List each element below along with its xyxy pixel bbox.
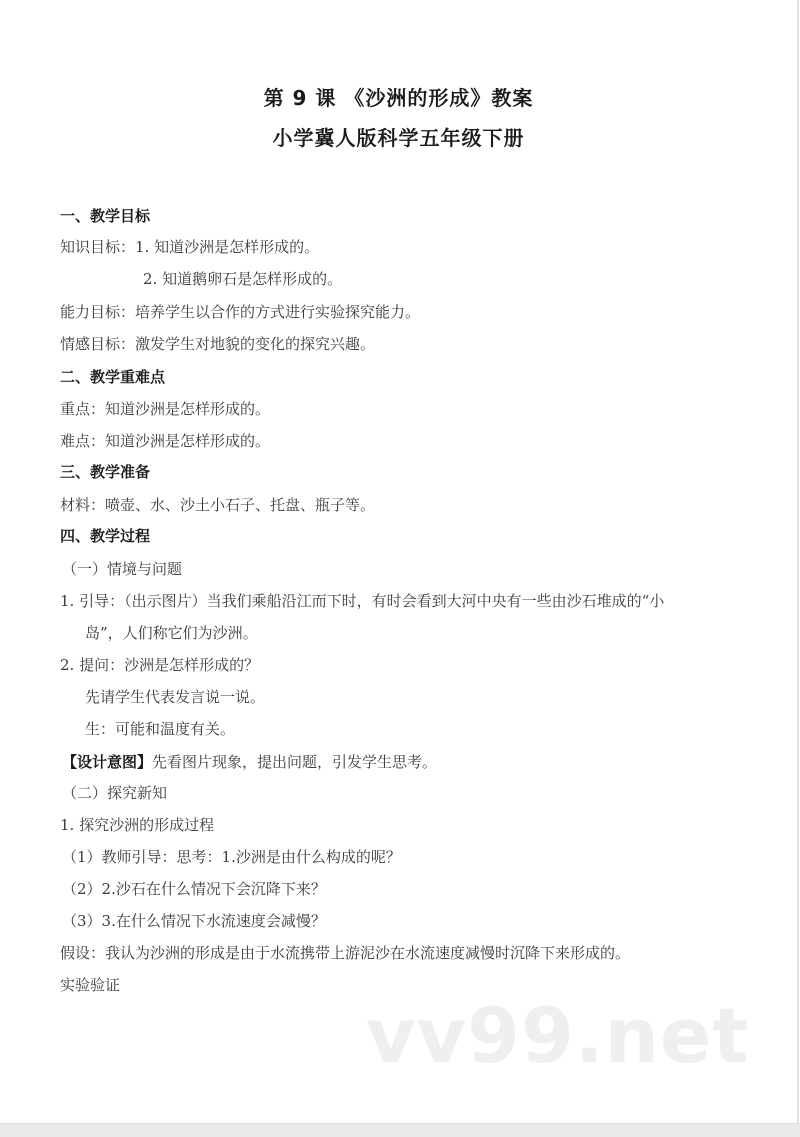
question-2: （2）2.沙石在什么情况下会沉降下来？ bbox=[62, 879, 326, 899]
emotion-goal: 情感目标：激发学生对地貌的变化的探究兴趣。 bbox=[60, 334, 375, 354]
process-item-2: 2. 提问：沙洲是怎样形成的？ bbox=[60, 655, 259, 675]
question-1: （1）教师引导：思考：1.沙洲是由什么构成的呢？ bbox=[62, 847, 401, 867]
process-item-2-sub1: 先请学生代表发言说一说。 bbox=[85, 687, 265, 707]
part2-title: （二）探究新知 bbox=[62, 783, 167, 803]
design-intent-label: 【设计意图】 bbox=[62, 753, 152, 771]
part1-title: （一）情境与问题 bbox=[62, 559, 182, 579]
knowledge-goal-1: 知识目标：1. 知道沙洲是怎样形成的。 bbox=[60, 237, 319, 257]
design-intent-text: 先看图片现象，提出问题，引发学生思考。 bbox=[152, 753, 437, 771]
page-bottom-edge bbox=[0, 1123, 800, 1137]
process-item-1-line2: 岛”，人们称它们为沙洲。 bbox=[85, 623, 258, 643]
process-item-2-sub2: 生：可能和温度有关。 bbox=[85, 719, 235, 739]
materials: 材料：喷壶、水、沙土小石子、托盘、瓶子等。 bbox=[60, 495, 375, 515]
design-intent: 【设计意图】先看图片现象，提出问题，引发学生思考。 bbox=[62, 752, 437, 772]
explore-title: 1. 探究沙洲的形成过程 bbox=[60, 815, 214, 835]
section-heading-preparation: 三、教学准备 bbox=[60, 462, 150, 482]
section-heading-process: 四、教学过程 bbox=[60, 526, 150, 546]
ability-goal: 能力目标：培养学生以合作的方式进行实验探究能力。 bbox=[60, 302, 420, 322]
document-title: 第 9 课 《沙洲的形成》教案 bbox=[0, 82, 797, 111]
watermark: vv99.net bbox=[366, 996, 750, 1076]
knowledge-goal-label: 知识目标： bbox=[60, 238, 135, 256]
section-heading-goals: 一、教学目标 bbox=[60, 206, 150, 226]
section-heading-key-points: 二、教学重难点 bbox=[60, 367, 165, 387]
document-page: 第 9 课 《沙洲的形成》教案 小学冀人版科学五年级下册 一、教学目标 知识目标… bbox=[0, 0, 799, 1123]
document-subtitle: 小学冀人版科学五年级下册 bbox=[0, 122, 797, 151]
difficult-point: 难点：知道沙洲是怎样形成的。 bbox=[60, 431, 270, 451]
knowledge-goal-text-1: 1. 知道沙洲是怎样形成的。 bbox=[135, 238, 319, 256]
knowledge-goal-2: 2. 知道鹅卵石是怎样形成的。 bbox=[143, 269, 342, 289]
hypothesis: 假设：我认为沙洲的形成是由于水流携带上游泥沙在水流速度减慢时沉降下来形成的。 bbox=[60, 943, 630, 963]
question-3: （3）3.在什么情况下水流速度会减慢？ bbox=[62, 911, 326, 931]
key-point: 重点：知道沙洲是怎样形成的。 bbox=[60, 399, 270, 419]
process-item-1-line1: 1. 引导：（出示图片）当我们乘船沿江而下时，有时会看到大河中央有一些由沙石堆成… bbox=[60, 591, 664, 611]
experiment-verify: 实验验证 bbox=[60, 975, 120, 995]
